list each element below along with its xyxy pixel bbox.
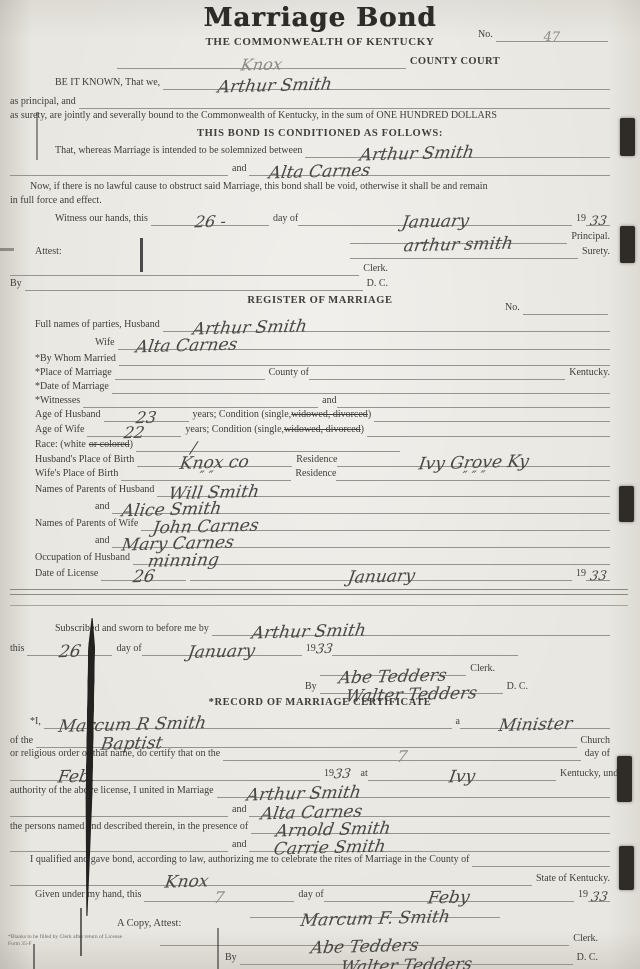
binding-mark: [619, 846, 634, 890]
husband-name-line: Arthur Smith: [163, 316, 610, 332]
witness-label: Witness our hands, this: [55, 213, 151, 226]
sworn-day-line: 26: [27, 640, 112, 656]
wife-birth-row: Wife's Place of Birth ″ ″ Residence ″ ″ …: [35, 465, 610, 481]
attest-label: Attest:: [35, 246, 62, 258]
register-number-label: No.: [505, 302, 523, 315]
certificate-i-label: *I,: [30, 716, 44, 729]
sworn-year-prefix: 19: [302, 643, 316, 656]
full-names-row: Full names of parties, Husband Arthur Sm…: [35, 315, 610, 332]
bride-name-line: Alta Carnes: [249, 160, 610, 176]
condition-husband-line: [374, 406, 610, 422]
given-day-line: 7: [144, 886, 294, 902]
sworn-year: 33: [315, 644, 333, 656]
license-month-line: January: [190, 565, 572, 581]
blank-line: [10, 836, 228, 852]
cert-month-line: Feb.: [10, 765, 320, 781]
register-number-line: [523, 299, 608, 315]
license-day: 26: [132, 571, 156, 584]
condition-wife-line: [367, 421, 610, 437]
scanned-marriage-bond-page: Marriage Bond No. 47 THE COMMONWEALTH OF…: [0, 0, 640, 969]
be-it-known-row: BE IT KNOWN, That we, Arthur Smith: [55, 72, 610, 90]
conditioned-heading: THIS BOND IS CONDITIONED AS FOLLOWS:: [0, 128, 640, 139]
wife-residence-line: ″ ″ ″: [336, 465, 610, 481]
given-year-prefix: 19: [574, 889, 588, 902]
wife-father-line: John Carnes: [141, 515, 610, 531]
edge-smudge: [0, 248, 14, 251]
qualified-county-line: [472, 851, 610, 867]
license-day-line: 26: [101, 565, 186, 581]
solemnized-row: That, whereas Marriage is intended to be…: [55, 141, 610, 158]
copy-by-label: By: [225, 952, 240, 965]
wife-mother-and-label: and: [95, 535, 112, 548]
witness-day-line: 26 -: [151, 210, 269, 226]
license-year: 33: [589, 571, 607, 583]
dc-label: D. C.: [363, 278, 388, 291]
binding-mark: [619, 486, 634, 522]
cert-groom-line: Arthur Smith: [217, 782, 610, 798]
occupation-row: Occupation of Husband minning: [35, 548, 610, 565]
by-label: By: [10, 278, 25, 291]
cert-date-place-row: Feb. 19 33 at Ivy Kentucky, under: [10, 763, 626, 781]
united-row: authority of the above license, I united…: [10, 780, 610, 798]
by-line: [25, 275, 363, 291]
void-clause-line2: in full force and effect.: [10, 195, 102, 207]
binding-mark: [620, 226, 635, 263]
ink-mark: [140, 238, 143, 272]
cert-place-line: Ivy: [368, 765, 556, 781]
copy-clerk-label: Clerk.: [569, 933, 598, 946]
footnote-line2: Form 35-F: [8, 941, 218, 948]
license-year-prefix: 19: [572, 568, 586, 581]
ink-streak: [80, 908, 82, 956]
ink-mark: [217, 928, 219, 969]
sworn-this-label: this: [10, 643, 27, 656]
certificate-a-label: a: [452, 716, 460, 729]
by-dc-row: By D. C.: [10, 276, 388, 291]
age-husband-row: Age of Husband 23 years; Condition (sing…: [35, 406, 610, 422]
sworn-by-label: By: [305, 681, 320, 694]
minister-signature-line: Marcum F. Smith: [250, 902, 500, 918]
husband-mother-and-label: and: [95, 501, 112, 514]
day-of-label: day of: [269, 213, 298, 226]
cert-day-line: 7: [223, 745, 581, 761]
principal-signature-line: arthur smith: [350, 228, 567, 244]
wife-mother-line: Mary Carnes: [112, 532, 610, 548]
surety-label: Surety.: [578, 246, 610, 259]
as-principal-label: as principal, and: [10, 96, 79, 109]
minister-signature: Marcum F. Smith: [299, 911, 450, 927]
minister-title-line: Minister: [460, 713, 610, 729]
certify-row: or religious order of that name, do cert…: [10, 746, 610, 761]
given-day: 7: [213, 892, 225, 904]
authority-clause: authority of the above license, I united…: [10, 785, 217, 798]
sworn-clerk-label: Clerk.: [466, 663, 495, 676]
footnote-line1: *Blanks to be filled by Clerk after retu…: [8, 934, 218, 941]
given-month-line: Feby: [324, 886, 574, 902]
county-line: Knox: [117, 53, 406, 69]
surety-name-line: [79, 93, 610, 109]
blank-line: [10, 801, 228, 817]
given-row: Given under my hand, this 7 day of Feby …: [35, 885, 610, 902]
witness-month-line: January: [298, 210, 572, 226]
sworn-day-of-label: day of: [112, 643, 141, 656]
and-bride-row: and Alta Carnes: [10, 159, 610, 176]
certificate-title: *RECORD OF MARRIAGE CERTIFICATE: [0, 697, 640, 708]
copy-dc-signature: Walter Tedders: [340, 958, 473, 969]
principal-signature-row: arthur smith Principal.: [350, 227, 610, 244]
wife-label: Wife: [95, 337, 118, 350]
given-year-line: 33: [588, 886, 610, 902]
sworn-day: 26: [58, 646, 82, 659]
binding-mark: [620, 118, 635, 156]
witness-day: 26 -: [194, 216, 227, 229]
parents-husband-label: Names of Parents of Husband: [35, 484, 157, 497]
qualified-clause: I qualified and gave bond, according to …: [30, 854, 472, 867]
sworn-clause: Subscribed and sworn to before me by: [55, 623, 212, 636]
section-divider-rule: [10, 594, 628, 595]
blank-line: [10, 160, 228, 176]
certificate-minister-row: *I, Marcum R Smith a Minister: [30, 711, 610, 729]
husband-father-line: Will Smith: [157, 481, 610, 497]
certify-clause: or religious order of that name, do cert…: [10, 748, 223, 761]
be-it-known-label: BE IT KNOWN, That we,: [55, 77, 163, 90]
principal-name-line: Arthur Smith: [163, 74, 610, 90]
witness1-line: Arnold Smith: [251, 818, 610, 834]
wife-name-line: Alta Carnes: [118, 334, 610, 350]
witness-year-line: 33: [586, 210, 610, 226]
age-husband-line: 23: [104, 406, 189, 422]
cert-day-of-label: day of: [581, 748, 610, 761]
age-wife-row: Age of Wife 22 years; Condition (single,…: [35, 421, 610, 437]
parents-wife-label: Names of Parents of Wife: [35, 518, 141, 531]
copy-dc-line: Walter Tedders: [240, 949, 573, 965]
ink-mark: [36, 112, 38, 160]
sworn-trailing-line: [332, 640, 518, 656]
sworn-date-row: this 26 day of January 19 33: [10, 638, 518, 656]
county-state-row: Knox State of Kentucky.: [10, 869, 610, 886]
cert-bride-row: and Alta Carnes: [10, 799, 610, 817]
clerk-row: Clerk.: [10, 261, 388, 276]
sworn-month: January: [187, 645, 256, 659]
sworn-month-line: January: [142, 640, 302, 656]
sworn-dc-row: By Walter Tedders D. C.: [305, 676, 528, 694]
minister-signature-row: Marcum F. Smith: [250, 901, 500, 918]
wife-birth-line: ″ ″: [121, 465, 291, 481]
county-court-row: Knox COUNTY COURT: [117, 54, 500, 69]
sworn-clerk-line: Abe Tedders: [320, 660, 466, 676]
void-clause-line1: Now, if there is no lawful cause to obst…: [30, 181, 630, 193]
commonwealth-heading: THE COMMONWEALTH OF KENTUCKY: [0, 36, 640, 48]
husband-mother-line: Alice Smith: [112, 498, 610, 514]
cert-bride-line: Alta Carnes: [249, 801, 610, 817]
sworn-dc-label: D. C.: [503, 681, 528, 694]
sworn-row: Subscribed and sworn to before me by Art…: [55, 618, 610, 636]
qualified-row: I qualified and gave bond, according to …: [30, 852, 610, 867]
presence-clause: the persons named and described therein,…: [10, 821, 251, 834]
sworn-clerk-row: Abe Tedders Clerk.: [320, 658, 495, 676]
year-prefix: 19: [572, 213, 586, 226]
register-number-row: No.: [505, 300, 608, 315]
sworn-name-line: Arthur Smith: [212, 620, 610, 636]
minister-name-line: Marcum R Smith: [44, 713, 452, 729]
binding-mark: [617, 756, 632, 802]
section-divider-rule: [10, 589, 628, 590]
solemnized-clause: That, whereas Marriage is intended to be…: [55, 145, 305, 158]
license-label: Date of License: [35, 568, 101, 581]
and-label: and: [228, 163, 249, 176]
full-names-label: Full names of parties, Husband: [35, 319, 163, 332]
given-label: Given under my hand, this: [35, 889, 144, 902]
license-date-row: Date of License 26 January 19 33: [35, 564, 610, 581]
witness2-line: Carrie Smith: [249, 836, 610, 852]
bride-name: Alta Carnes: [268, 165, 371, 180]
witness2-and-label: and: [228, 839, 249, 852]
witness2-row: and Carrie Smith: [10, 834, 610, 852]
form-footnote: *Blanks to be filled by Clerk after retu…: [8, 934, 218, 948]
husband-mother-row: and Alice Smith: [95, 497, 610, 514]
county-value: Knox: [240, 58, 283, 71]
occupation-line: minning: [133, 549, 610, 565]
as-principal-row: as principal, and: [10, 94, 610, 109]
ink-mark: [33, 944, 35, 969]
age-wife-line: 22: [87, 421, 181, 437]
section-divider-rule: [10, 605, 628, 606]
copy-dc-label: D. C.: [573, 952, 598, 965]
surety-clause: as surety, are jointly and severally bou…: [10, 110, 630, 122]
given-year: 33: [590, 892, 608, 904]
cert-day: 7: [396, 751, 408, 763]
parents-wife-row: Names of Parents of Wife John Carnes: [35, 514, 610, 531]
groom-name-line: Arthur Smith: [305, 142, 610, 158]
copy-clerk-row: Abe Tedders Clerk.: [160, 928, 598, 946]
presence-row: the persons named and described therein,…: [10, 816, 610, 834]
copy-dc-row: By Walter Tedders D. C.: [225, 947, 598, 965]
clerk-label: Clerk.: [359, 263, 388, 276]
clerk-line: [10, 260, 359, 276]
copy-clerk-line: Abe Tedders: [160, 930, 569, 946]
county-court-label: COUNTY COURT: [406, 56, 500, 69]
parents-husband-row: Names of Parents of Husband Will Smith: [35, 480, 610, 497]
license-year-line: 33: [586, 565, 610, 581]
wife-name-row: Wife Alta Carnes: [95, 333, 610, 350]
sworn-dc-line: Walter Tedders: [320, 678, 503, 694]
wife-mother-row: and Mary Carnes: [95, 531, 610, 548]
license-month: January: [347, 570, 416, 584]
surety-signature-line: [350, 243, 578, 259]
principal-name: Arthur Smith: [217, 79, 333, 94]
surety-signature-row: Surety.: [350, 244, 610, 259]
witness-date-row: Witness our hands, this 26 - day of Janu…: [55, 209, 610, 226]
